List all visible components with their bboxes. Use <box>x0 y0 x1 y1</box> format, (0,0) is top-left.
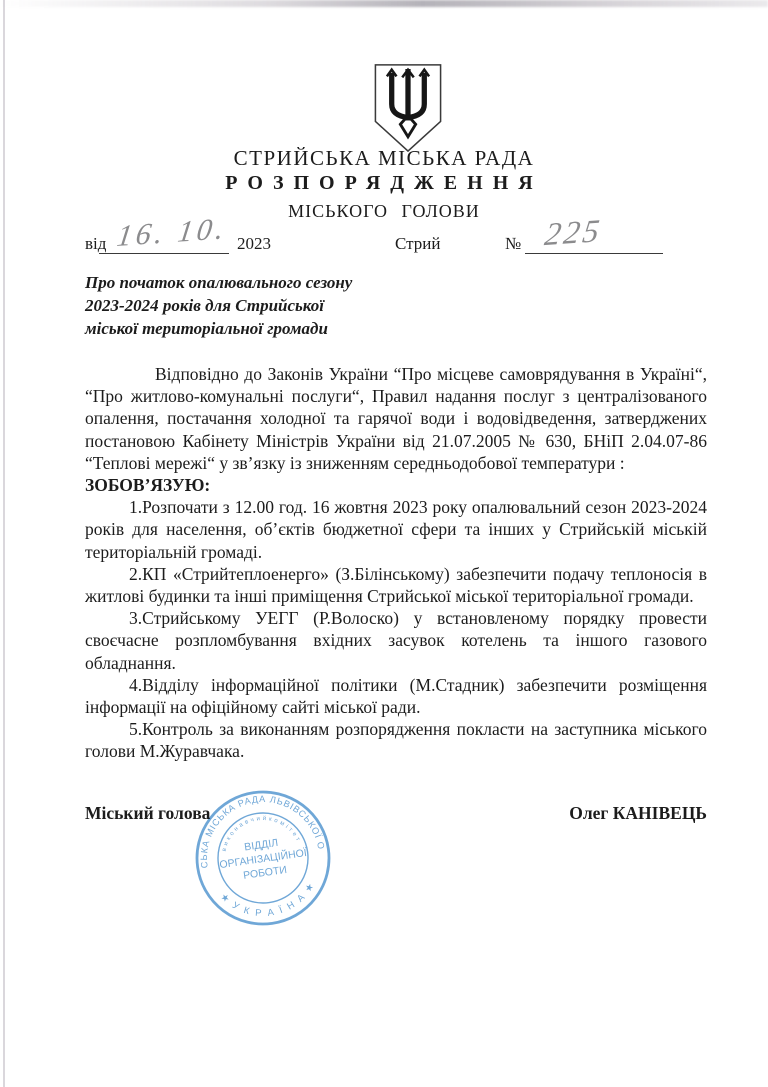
year-label: 2023 <box>237 234 271 254</box>
subject-line: міської територіальної громади <box>85 317 445 340</box>
document-subject: Про початок опалювального сезону 2023-20… <box>85 271 445 340</box>
city-label: Стрий <box>395 234 440 254</box>
order-item-1: 1.Розпочати з 12.00 год. 16 жовтня 2023 … <box>85 496 707 563</box>
scan-edge-top <box>0 0 768 7</box>
resolution-word: ЗОБОВ’ЯЗУЮ: <box>85 474 707 496</box>
order-item-3: 3.Стрийському УЕГГ (Р.Волоско) у встанов… <box>85 607 707 674</box>
number-blank-line: 225 <box>525 230 663 254</box>
handwritten-date: 16. 10. <box>115 212 230 254</box>
organization-name: СТРИЙСЬКА МІСЬКА РАДА <box>0 146 768 171</box>
date-number-row: від 16. 10. 2023 Стрий № 225 <box>85 230 705 260</box>
ukraine-trident-emblem-icon <box>365 62 451 154</box>
order-item-2: 2.КП «Стрийтеплоенерго» (З.Білінському) … <box>85 563 707 607</box>
document-type-title: РОЗПОРЯДЖЕННЯ <box>0 172 768 195</box>
preamble-paragraph: Відповідно до Законів України “Про місце… <box>85 363 707 474</box>
number-sign-label: № <box>505 234 521 254</box>
document-body: Відповідно до Законів України “Про місце… <box>85 363 707 763</box>
handwritten-number: 225 <box>542 212 604 253</box>
order-item-4: 4.Відділу інформаційної політики (М.Стад… <box>85 674 707 718</box>
document-author-line: МІСЬКОГО ГОЛОВИ <box>0 201 768 222</box>
subject-line: 2023-2024 років для Стрийської <box>85 294 445 317</box>
date-blank-line: 16. 10. <box>99 230 229 254</box>
document-page: СТРИЙСЬКА МІСЬКА РАДА РОЗПОРЯДЖЕННЯ МІСЬ… <box>0 0 768 1087</box>
signature-row: Міський голова Олег КАНІВЕЦЬ <box>85 803 707 824</box>
official-round-stamp: СТРИЙСЬКА МІСЬКА РАДА ЛЬВІВСЬКОЇ ОБЛАСТІ… <box>184 779 342 937</box>
subject-line: Про початок опалювального сезону <box>85 271 445 294</box>
order-item-5: 5.Контроль за виконанням розпорядження п… <box>85 718 707 762</box>
signatory-name: Олег КАНІВЕЦЬ <box>569 803 707 824</box>
